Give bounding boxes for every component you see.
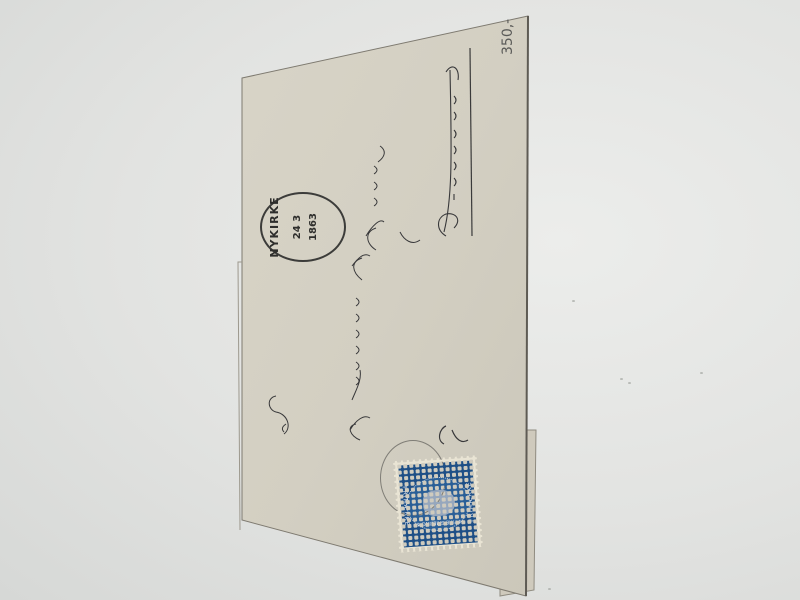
postage-stamp: FRIMÆRKE 4 FIRE SKILLING 4 FRIMÆRKE bbox=[393, 455, 483, 553]
king-portrait-icon bbox=[422, 489, 456, 517]
postmark-year: 1863 bbox=[308, 194, 319, 260]
pencil-price-note: 350,- bbox=[500, 19, 516, 55]
postmark-cancellation: NYKIRKE 24 3 1863 bbox=[260, 192, 346, 262]
postmark-town: NYKIRKE bbox=[268, 194, 281, 260]
photo-scene: NYKIRKE 24 3 1863 FRIMÆRKE 4 FIRE SKILLI… bbox=[0, 0, 800, 600]
stamp-design: FRIMÆRKE 4 FIRE SKILLING 4 FRIMÆRKE bbox=[398, 461, 478, 548]
postmark-date: 24 3 bbox=[292, 194, 303, 260]
